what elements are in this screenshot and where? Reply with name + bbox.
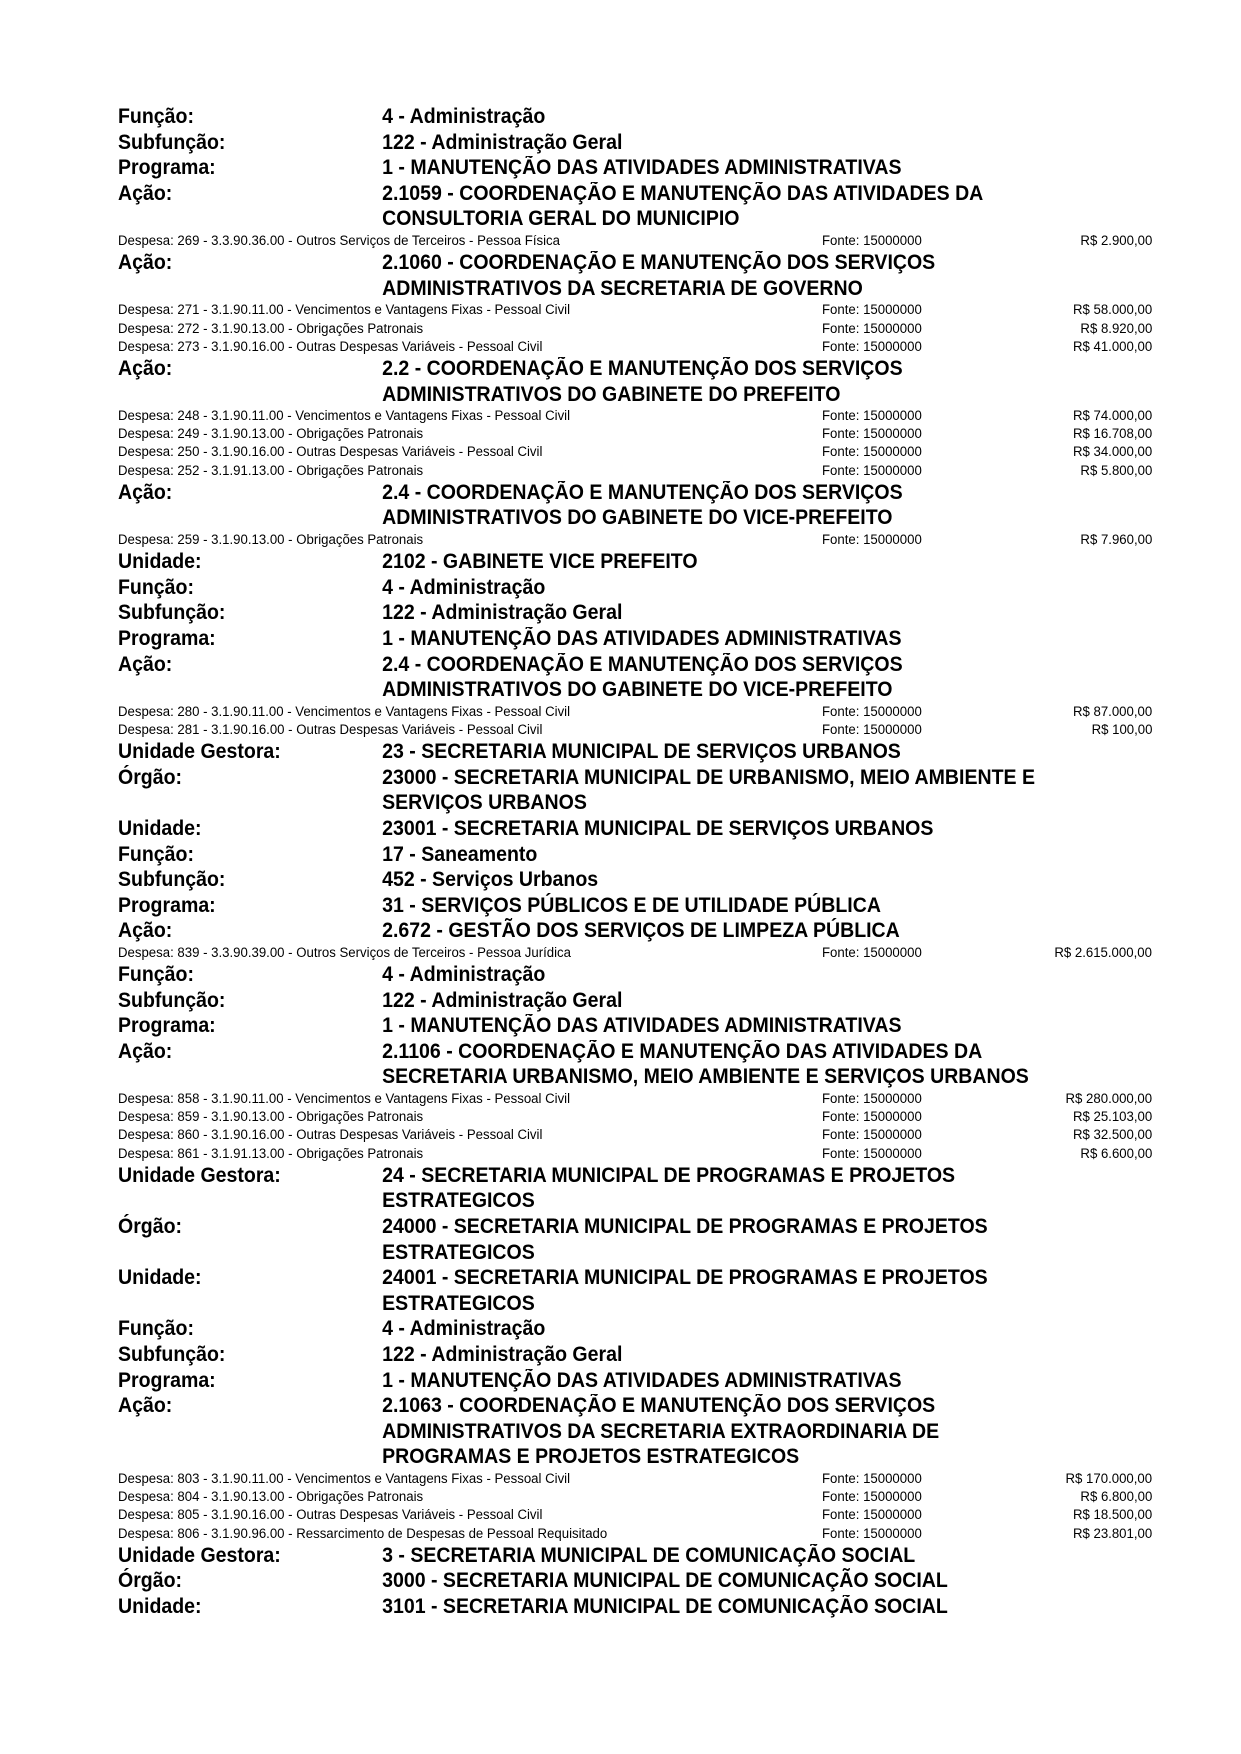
expense-row: Despesa: 272 - 3.1.90.13.00 - Obrigações… bbox=[118, 320, 1152, 338]
classification-value: 4 - Administração bbox=[382, 1316, 1150, 1342]
classification-row: Programa: 31 - SERVIÇOS PÚBLICOS E DE UT… bbox=[118, 893, 1150, 919]
classification-value-line: ADMINISTRATIVOS DO GABINETE DO VICE-PREF… bbox=[382, 677, 1150, 703]
expense-row: Despesa: 803 - 3.1.90.11.00 - Vencimento… bbox=[118, 1470, 1152, 1488]
expense-source: Fonte: 15000000 bbox=[822, 721, 922, 739]
expense-row: Despesa: 805 - 3.1.90.16.00 - Outras Des… bbox=[118, 1506, 1152, 1524]
expense-amount: R$ 25.103,00 bbox=[1073, 1108, 1152, 1126]
classification-value-line: 1 - MANUTENÇÃO DAS ATIVIDADES ADMINISTRA… bbox=[382, 1368, 1150, 1394]
classification-value-line: ADMINISTRATIVOS DA SECRETARIA DE GOVERNO bbox=[382, 276, 1150, 302]
classification-value-line: 122 - Administração Geral bbox=[382, 130, 1150, 156]
classification-row: Subfunção: 122 - Administração Geral bbox=[118, 988, 1150, 1014]
classification-label: Ação: bbox=[118, 181, 382, 232]
expense-source: Fonte: 15000000 bbox=[822, 425, 922, 443]
classification-value-line: 2.1106 - COORDENAÇÃO E MANUTENÇÃO DAS AT… bbox=[382, 1039, 1150, 1065]
expense-row: Despesa: 269 - 3.3.90.36.00 - Outros Ser… bbox=[118, 232, 1152, 250]
expense-description: Despesa: 248 - 3.1.90.11.00 - Vencimento… bbox=[118, 407, 570, 425]
classification-value: 4 - Administração bbox=[382, 104, 1150, 130]
classification-value-line: CONSULTORIA GERAL DO MUNICIPIO bbox=[382, 206, 1150, 232]
classification-row: Função: 4 - Administração bbox=[118, 104, 1150, 130]
classification-value-line: 3000 - SECRETARIA MUNICIPAL DE COMUNICAÇ… bbox=[382, 1568, 1150, 1594]
expense-row: Despesa: 860 - 3.1.90.16.00 - Outras Des… bbox=[118, 1126, 1152, 1144]
classification-value: 2.1106 - COORDENAÇÃO E MANUTENÇÃO DAS AT… bbox=[382, 1039, 1150, 1090]
expense-source: Fonte: 15000000 bbox=[822, 1090, 922, 1108]
classification-value: 3 - SECRETARIA MUNICIPAL DE COMUNICAÇÃO … bbox=[382, 1543, 1150, 1569]
expense-row: Despesa: 280 - 3.1.90.11.00 - Vencimento… bbox=[118, 703, 1152, 721]
classification-row: Subfunção: 122 - Administração Geral bbox=[118, 600, 1150, 626]
expense-row: Despesa: 259 - 3.1.90.13.00 - Obrigações… bbox=[118, 531, 1152, 549]
classification-row: Subfunção: 452 - Serviços Urbanos bbox=[118, 867, 1150, 893]
expense-source: Fonte: 15000000 bbox=[822, 1506, 922, 1524]
classification-label: Programa: bbox=[118, 1013, 382, 1039]
expense-row: Despesa: 281 - 3.1.90.16.00 - Outras Des… bbox=[118, 721, 1152, 739]
expense-row: Despesa: 859 - 3.1.90.13.00 - Obrigações… bbox=[118, 1108, 1152, 1126]
classification-value-line: ADMINISTRATIVOS DA SECRETARIA EXTRAORDIN… bbox=[382, 1419, 1150, 1445]
classification-row: Função: 17 - Saneamento bbox=[118, 842, 1150, 868]
expense-source: Fonte: 15000000 bbox=[822, 320, 922, 338]
classification-value: 122 - Administração Geral bbox=[382, 1342, 1150, 1368]
classification-row: Unidade Gestora: 23 - SECRETARIA MUNICIP… bbox=[118, 739, 1150, 765]
classification-value: 1 - MANUTENÇÃO DAS ATIVIDADES ADMINISTRA… bbox=[382, 155, 1150, 181]
classification-label: Unidade: bbox=[118, 816, 382, 842]
expense-amount: R$ 6.600,00 bbox=[1080, 1145, 1152, 1163]
expense-amount: R$ 2.615.000,00 bbox=[1054, 944, 1152, 962]
classification-value-line: 1 - MANUTENÇÃO DAS ATIVIDADES ADMINISTRA… bbox=[382, 155, 1150, 181]
classification-value: 2.2 - COORDENAÇÃO E MANUTENÇÃO DOS SERVI… bbox=[382, 356, 1150, 407]
classification-label: Subfunção: bbox=[118, 988, 382, 1014]
classification-label: Órgão: bbox=[118, 765, 382, 816]
expense-row: Despesa: 249 - 3.1.90.13.00 - Obrigações… bbox=[118, 425, 1152, 443]
classification-value: 24 - SECRETARIA MUNICIPAL DE PROGRAMAS E… bbox=[382, 1163, 1150, 1214]
classification-value-line: ESTRATEGICOS bbox=[382, 1240, 1150, 1266]
expense-description: Despesa: 249 - 3.1.90.13.00 - Obrigações… bbox=[118, 425, 423, 443]
classification-label: Ação: bbox=[118, 918, 382, 944]
classification-value: 23000 - SECRETARIA MUNICIPAL DE URBANISM… bbox=[382, 765, 1150, 816]
expense-source: Fonte: 15000000 bbox=[822, 1145, 922, 1163]
classification-value: 1 - MANUTENÇÃO DAS ATIVIDADES ADMINISTRA… bbox=[382, 626, 1150, 652]
expense-row: Despesa: 858 - 3.1.90.11.00 - Vencimento… bbox=[118, 1090, 1152, 1108]
classification-value-line: 24 - SECRETARIA MUNICIPAL DE PROGRAMAS E… bbox=[382, 1163, 1150, 1189]
classification-row: Ação: 2.1106 - COORDENAÇÃO E MANUTENÇÃO … bbox=[118, 1039, 1150, 1090]
expense-source: Fonte: 15000000 bbox=[822, 1108, 922, 1126]
classification-value: 31 - SERVIÇOS PÚBLICOS E DE UTILIDADE PÚ… bbox=[382, 893, 1150, 919]
expense-description: Despesa: 860 - 3.1.90.16.00 - Outras Des… bbox=[118, 1126, 542, 1144]
expense-source: Fonte: 15000000 bbox=[822, 462, 922, 480]
classification-value-line: 1 - MANUTENÇÃO DAS ATIVIDADES ADMINISTRA… bbox=[382, 1013, 1150, 1039]
expense-source: Fonte: 15000000 bbox=[822, 301, 922, 319]
classification-value-line: PROGRAMAS E PROJETOS ESTRATEGICOS bbox=[382, 1444, 1150, 1470]
classification-value-line: SERVIÇOS URBANOS bbox=[382, 790, 1150, 816]
classification-label: Ação: bbox=[118, 250, 382, 301]
classification-row: Ação: 2.1063 - COORDENAÇÃO E MANUTENÇÃO … bbox=[118, 1393, 1150, 1470]
classification-label: Subfunção: bbox=[118, 867, 382, 893]
classification-row: Ação: 2.1059 - COORDENAÇÃO E MANUTENÇÃO … bbox=[118, 181, 1150, 232]
classification-value-line: 17 - Saneamento bbox=[382, 842, 1150, 868]
classification-value-line: 4 - Administração bbox=[382, 1316, 1150, 1342]
classification-label: Programa: bbox=[118, 155, 382, 181]
expense-row: Despesa: 250 - 3.1.90.16.00 - Outras Des… bbox=[118, 443, 1152, 461]
classification-value-line: 24001 - SECRETARIA MUNICIPAL DE PROGRAMA… bbox=[382, 1265, 1150, 1291]
expense-description: Despesa: 273 - 3.1.90.16.00 - Outras Des… bbox=[118, 338, 542, 356]
budget-document: Função: 4 - Administração Subfunção: 122… bbox=[118, 104, 1152, 1619]
classification-value: 1 - MANUTENÇÃO DAS ATIVIDADES ADMINISTRA… bbox=[382, 1013, 1150, 1039]
classification-value: 2.672 - GESTÃO DOS SERVIÇOS DE LIMPEZA P… bbox=[382, 918, 1150, 944]
expense-description: Despesa: 272 - 3.1.90.13.00 - Obrigações… bbox=[118, 320, 423, 338]
expense-source: Fonte: 15000000 bbox=[822, 1470, 922, 1488]
classification-value-line: 23000 - SECRETARIA MUNICIPAL DE URBANISM… bbox=[382, 765, 1150, 791]
classification-label: Subfunção: bbox=[118, 1342, 382, 1368]
classification-label: Programa: bbox=[118, 1368, 382, 1394]
expense-amount: R$ 100,00 bbox=[1091, 721, 1152, 739]
classification-value: 122 - Administração Geral bbox=[382, 600, 1150, 626]
classification-value-line: 2.1060 - COORDENAÇÃO E MANUTENÇÃO DOS SE… bbox=[382, 250, 1150, 276]
classification-label: Ação: bbox=[118, 1039, 382, 1090]
expense-amount: R$ 58.000,00 bbox=[1073, 301, 1152, 319]
expense-description: Despesa: 259 - 3.1.90.13.00 - Obrigações… bbox=[118, 531, 423, 549]
classification-row: Órgão: 3000 - SECRETARIA MUNICIPAL DE CO… bbox=[118, 1568, 1150, 1594]
classification-value-line: 122 - Administração Geral bbox=[382, 1342, 1150, 1368]
classification-value-line: 3 - SECRETARIA MUNICIPAL DE COMUNICAÇÃO … bbox=[382, 1543, 1150, 1569]
classification-row: Programa: 1 - MANUTENÇÃO DAS ATIVIDADES … bbox=[118, 155, 1150, 181]
expense-amount: R$ 2.900,00 bbox=[1080, 232, 1152, 250]
classification-label: Função: bbox=[118, 962, 382, 988]
classification-value-line: ADMINISTRATIVOS DO GABINETE DO VICE-PREF… bbox=[382, 505, 1150, 531]
expense-description: Despesa: 861 - 3.1.91.13.00 - Obrigações… bbox=[118, 1145, 423, 1163]
classification-label: Programa: bbox=[118, 626, 382, 652]
expense-amount: R$ 5.800,00 bbox=[1080, 462, 1152, 480]
classification-row: Ação: 2.2 - COORDENAÇÃO E MANUTENÇÃO DOS… bbox=[118, 356, 1150, 407]
classification-row: Unidade Gestora: 24 - SECRETARIA MUNICIP… bbox=[118, 1163, 1150, 1214]
expense-row: Despesa: 839 - 3.3.90.39.00 - Outros Ser… bbox=[118, 944, 1152, 962]
classification-label: Função: bbox=[118, 575, 382, 601]
expense-description: Despesa: 804 - 3.1.90.13.00 - Obrigações… bbox=[118, 1488, 423, 1506]
classification-value-line: 122 - Administração Geral bbox=[382, 988, 1150, 1014]
classification-label: Função: bbox=[118, 104, 382, 130]
classification-label: Unidade Gestora: bbox=[118, 1163, 382, 1214]
classification-label: Unidade Gestora: bbox=[118, 1543, 382, 1569]
expense-source: Fonte: 15000000 bbox=[822, 232, 922, 250]
classification-row: Subfunção: 122 - Administração Geral bbox=[118, 130, 1150, 156]
classification-row: Função: 4 - Administração bbox=[118, 1316, 1150, 1342]
classification-value-line: ESTRATEGICOS bbox=[382, 1188, 1150, 1214]
expense-source: Fonte: 15000000 bbox=[822, 1488, 922, 1506]
expense-amount: R$ 280.000,00 bbox=[1065, 1090, 1152, 1108]
classification-row: Ação: 2.672 - GESTÃO DOS SERVIÇOS DE LIM… bbox=[118, 918, 1150, 944]
classification-value-line: 2.1063 - COORDENAÇÃO E MANUTENÇÃO DOS SE… bbox=[382, 1393, 1150, 1419]
classification-row: Órgão: 24000 - SECRETARIA MUNICIPAL DE P… bbox=[118, 1214, 1150, 1265]
expense-amount: R$ 16.708,00 bbox=[1073, 425, 1152, 443]
classification-value: 24001 - SECRETARIA MUNICIPAL DE PROGRAMA… bbox=[382, 1265, 1150, 1316]
classification-row: Função: 4 - Administração bbox=[118, 962, 1150, 988]
classification-row: Ação: 2.1060 - COORDENAÇÃO E MANUTENÇÃO … bbox=[118, 250, 1150, 301]
classification-label: Unidade Gestora: bbox=[118, 739, 382, 765]
classification-value: 3101 - SECRETARIA MUNICIPAL DE COMUNICAÇ… bbox=[382, 1594, 1150, 1620]
expense-description: Despesa: 806 - 3.1.90.96.00 - Ressarcime… bbox=[118, 1525, 607, 1543]
classification-value-line: 24000 - SECRETARIA MUNICIPAL DE PROGRAMA… bbox=[382, 1214, 1150, 1240]
classification-value: 23001 - SECRETARIA MUNICIPAL DE SERVIÇOS… bbox=[382, 816, 1150, 842]
expense-description: Despesa: 858 - 3.1.90.11.00 - Vencimento… bbox=[118, 1090, 570, 1108]
classification-value: 4 - Administração bbox=[382, 575, 1150, 601]
classification-value-line: 2.672 - GESTÃO DOS SERVIÇOS DE LIMPEZA P… bbox=[382, 918, 1150, 944]
classification-value: 4 - Administração bbox=[382, 962, 1150, 988]
classification-row: Programa: 1 - MANUTENÇÃO DAS ATIVIDADES … bbox=[118, 1368, 1150, 1394]
expense-amount: R$ 34.000,00 bbox=[1073, 443, 1152, 461]
classification-value-line: 2.1059 - COORDENAÇÃO E MANUTENÇÃO DAS AT… bbox=[382, 181, 1150, 207]
classification-row: Programa: 1 - MANUTENÇÃO DAS ATIVIDADES … bbox=[118, 626, 1150, 652]
classification-label: Função: bbox=[118, 842, 382, 868]
classification-value-line: SECRETARIA URBANISMO, MEIO AMBIENTE E SE… bbox=[382, 1064, 1150, 1090]
expense-description: Despesa: 859 - 3.1.90.13.00 - Obrigações… bbox=[118, 1108, 423, 1126]
classification-value-line: 4 - Administração bbox=[382, 104, 1150, 130]
expense-source: Fonte: 15000000 bbox=[822, 407, 922, 425]
classification-value: 2.4 - COORDENAÇÃO E MANUTENÇÃO DOS SERVI… bbox=[382, 652, 1150, 703]
expense-source: Fonte: 15000000 bbox=[822, 338, 922, 356]
expense-row: Despesa: 271 - 3.1.90.11.00 - Vencimento… bbox=[118, 301, 1152, 319]
classification-value-line: 23001 - SECRETARIA MUNICIPAL DE SERVIÇOS… bbox=[382, 816, 1150, 842]
classification-value: 122 - Administração Geral bbox=[382, 130, 1150, 156]
expense-row: Despesa: 273 - 3.1.90.16.00 - Outras Des… bbox=[118, 338, 1152, 356]
classification-row: Órgão: 23000 - SECRETARIA MUNICIPAL DE U… bbox=[118, 765, 1150, 816]
classification-row: Unidade: 24001 - SECRETARIA MUNICIPAL DE… bbox=[118, 1265, 1150, 1316]
expense-amount: R$ 170.000,00 bbox=[1065, 1470, 1152, 1488]
expense-description: Despesa: 271 - 3.1.90.11.00 - Vencimento… bbox=[118, 301, 570, 319]
classification-row: Ação: 2.4 - COORDENAÇÃO E MANUTENÇÃO DOS… bbox=[118, 480, 1150, 531]
classification-value: 122 - Administração Geral bbox=[382, 988, 1150, 1014]
classification-label: Subfunção: bbox=[118, 130, 382, 156]
classification-value: 2102 - GABINETE VICE PREFEITO bbox=[382, 549, 1150, 575]
expense-amount: R$ 74.000,00 bbox=[1073, 407, 1152, 425]
expense-source: Fonte: 15000000 bbox=[822, 531, 922, 549]
classification-label: Unidade: bbox=[118, 1594, 382, 1620]
expense-amount: R$ 18.500,00 bbox=[1073, 1506, 1152, 1524]
expense-amount: R$ 8.920,00 bbox=[1080, 320, 1152, 338]
classification-row: Unidade: 2102 - GABINETE VICE PREFEITO bbox=[118, 549, 1150, 575]
classification-row: Função: 4 - Administração bbox=[118, 575, 1150, 601]
classification-value-line: ADMINISTRATIVOS DO GABINETE DO PREFEITO bbox=[382, 382, 1150, 408]
classification-row: Unidade: 3101 - SECRETARIA MUNICIPAL DE … bbox=[118, 1594, 1150, 1620]
expense-amount: R$ 87.000,00 bbox=[1073, 703, 1152, 721]
classification-value-line: 122 - Administração Geral bbox=[382, 600, 1150, 626]
expense-source: Fonte: 15000000 bbox=[822, 944, 922, 962]
expense-row: Despesa: 861 - 3.1.91.13.00 - Obrigações… bbox=[118, 1145, 1152, 1163]
expense-description: Despesa: 281 - 3.1.90.16.00 - Outras Des… bbox=[118, 721, 542, 739]
classification-value: 452 - Serviços Urbanos bbox=[382, 867, 1150, 893]
expense-description: Despesa: 805 - 3.1.90.16.00 - Outras Des… bbox=[118, 1506, 542, 1524]
classification-row: Unidade Gestora: 3 - SECRETARIA MUNICIPA… bbox=[118, 1543, 1150, 1569]
classification-row: Ação: 2.4 - COORDENAÇÃO E MANUTENÇÃO DOS… bbox=[118, 652, 1150, 703]
expense-row: Despesa: 806 - 3.1.90.96.00 - Ressarcime… bbox=[118, 1525, 1152, 1543]
classification-value-line: 4 - Administração bbox=[382, 962, 1150, 988]
expense-description: Despesa: 269 - 3.3.90.36.00 - Outros Ser… bbox=[118, 232, 560, 250]
classification-value: 2.1059 - COORDENAÇÃO E MANUTENÇÃO DAS AT… bbox=[382, 181, 1150, 232]
classification-value-line: 3101 - SECRETARIA MUNICIPAL DE COMUNICAÇ… bbox=[382, 1594, 1150, 1620]
expense-description: Despesa: 250 - 3.1.90.16.00 - Outras Des… bbox=[118, 443, 542, 461]
expense-amount: R$ 23.801,00 bbox=[1073, 1525, 1152, 1543]
classification-value-line: 1 - MANUTENÇÃO DAS ATIVIDADES ADMINISTRA… bbox=[382, 626, 1150, 652]
classification-label: Unidade: bbox=[118, 549, 382, 575]
classification-label: Função: bbox=[118, 1316, 382, 1342]
classification-label: Ação: bbox=[118, 480, 382, 531]
classification-value: 23 - SECRETARIA MUNICIPAL DE SERVIÇOS UR… bbox=[382, 739, 1150, 765]
expense-amount: R$ 7.960,00 bbox=[1080, 531, 1152, 549]
classification-value: 24000 - SECRETARIA MUNICIPAL DE PROGRAMA… bbox=[382, 1214, 1150, 1265]
classification-value: 3000 - SECRETARIA MUNICIPAL DE COMUNICAÇ… bbox=[382, 1568, 1150, 1594]
expense-source: Fonte: 15000000 bbox=[822, 443, 922, 461]
expense-source: Fonte: 15000000 bbox=[822, 1525, 922, 1543]
expense-row: Despesa: 248 - 3.1.90.11.00 - Vencimento… bbox=[118, 407, 1152, 425]
expense-description: Despesa: 280 - 3.1.90.11.00 - Vencimento… bbox=[118, 703, 570, 721]
classification-value-line: 4 - Administração bbox=[382, 575, 1150, 601]
classification-label: Unidade: bbox=[118, 1265, 382, 1316]
classification-label: Órgão: bbox=[118, 1568, 382, 1594]
expense-row: Despesa: 252 - 3.1.91.13.00 - Obrigações… bbox=[118, 462, 1152, 480]
classification-value: 2.1063 - COORDENAÇÃO E MANUTENÇÃO DOS SE… bbox=[382, 1393, 1150, 1470]
expense-description: Despesa: 803 - 3.1.90.11.00 - Vencimento… bbox=[118, 1470, 570, 1488]
expense-description: Despesa: 252 - 3.1.91.13.00 - Obrigações… bbox=[118, 462, 423, 480]
classification-label: Ação: bbox=[118, 652, 382, 703]
classification-value-line: 2.4 - COORDENAÇÃO E MANUTENÇÃO DOS SERVI… bbox=[382, 652, 1150, 678]
classification-label: Subfunção: bbox=[118, 600, 382, 626]
classification-row: Programa: 1 - MANUTENÇÃO DAS ATIVIDADES … bbox=[118, 1013, 1150, 1039]
classification-label: Ação: bbox=[118, 356, 382, 407]
classification-value-line: 31 - SERVIÇOS PÚBLICOS E DE UTILIDADE PÚ… bbox=[382, 893, 1150, 919]
expense-description: Despesa: 839 - 3.3.90.39.00 - Outros Ser… bbox=[118, 944, 571, 962]
classification-value-line: 2102 - GABINETE VICE PREFEITO bbox=[382, 549, 1150, 575]
classification-value-line: 2.2 - COORDENAÇÃO E MANUTENÇÃO DOS SERVI… bbox=[382, 356, 1150, 382]
classification-value: 1 - MANUTENÇÃO DAS ATIVIDADES ADMINISTRA… bbox=[382, 1368, 1150, 1394]
classification-label: Ação: bbox=[118, 1393, 382, 1470]
expense-source: Fonte: 15000000 bbox=[822, 703, 922, 721]
classification-value: 17 - Saneamento bbox=[382, 842, 1150, 868]
classification-value-line: ESTRATEGICOS bbox=[382, 1291, 1150, 1317]
classification-value-line: 452 - Serviços Urbanos bbox=[382, 867, 1150, 893]
classification-value: 2.1060 - COORDENAÇÃO E MANUTENÇÃO DOS SE… bbox=[382, 250, 1150, 301]
expense-amount: R$ 6.800,00 bbox=[1080, 1488, 1152, 1506]
classification-row: Subfunção: 122 - Administração Geral bbox=[118, 1342, 1150, 1368]
classification-value-line: 2.4 - COORDENAÇÃO E MANUTENÇÃO DOS SERVI… bbox=[382, 480, 1150, 506]
classification-label: Órgão: bbox=[118, 1214, 382, 1265]
expense-source: Fonte: 15000000 bbox=[822, 1126, 922, 1144]
classification-value-line: 23 - SECRETARIA MUNICIPAL DE SERVIÇOS UR… bbox=[382, 739, 1150, 765]
expense-amount: R$ 32.500,00 bbox=[1073, 1126, 1152, 1144]
classification-label: Programa: bbox=[118, 893, 382, 919]
classification-row: Unidade: 23001 - SECRETARIA MUNICIPAL DE… bbox=[118, 816, 1150, 842]
expense-amount: R$ 41.000,00 bbox=[1073, 338, 1152, 356]
expense-row: Despesa: 804 - 3.1.90.13.00 - Obrigações… bbox=[118, 1488, 1152, 1506]
classification-value: 2.4 - COORDENAÇÃO E MANUTENÇÃO DOS SERVI… bbox=[382, 480, 1150, 531]
